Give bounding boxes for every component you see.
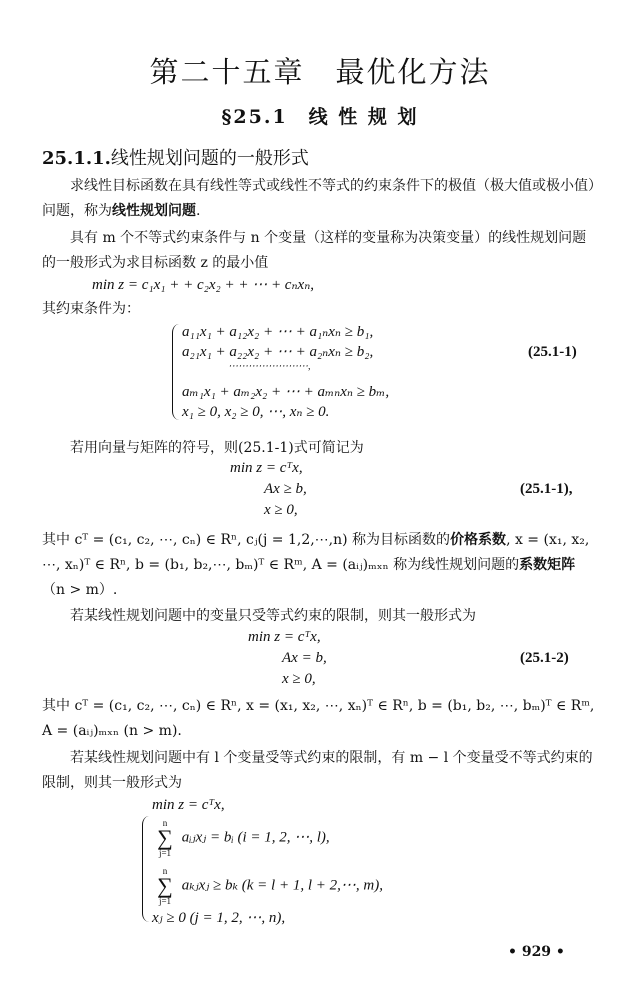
term-price-coefficient: 价格系数 xyxy=(450,532,506,548)
text: 其中 cᵀ = (c₁, c₂, ⋯, cₙ) ∈ Rⁿ, cⱼ(j = 1,2… xyxy=(42,532,450,548)
objective-function: min z = c₁x₁ + + c₂x₂ + + ⋯ + cₙxₙ, xyxy=(92,275,314,294)
text: . xyxy=(196,203,200,219)
section-title: §25.1 线 性 规 划 xyxy=(0,102,640,129)
paragraph-definition: 求线性目标函数在具有线性等式或线性不等式的约束条件下的极值（极大值或极小值）问题… xyxy=(42,174,597,224)
page-number: • 929 • xyxy=(508,944,565,960)
paragraph-equality-form: 若某线性规划问题中的变量只受等式约束的限制，则其一般形式为 xyxy=(42,604,597,629)
eq3-equality-sum: n ∑ j=1 aᵢⱼxⱼ = bᵢ (i = 1, 2, ⋯, l), xyxy=(152,818,330,858)
constraint-line-m: aₘ₁x₁ + aₘ₂x₂ + ⋯ + aₘₙxₙ ≥ bₘ, xyxy=(182,382,389,401)
paragraph-equality-definitions: 其中 cᵀ = (c₁, c₂, ⋯, cₙ) ∈ Rⁿ, x = (x₁, x… xyxy=(42,694,597,744)
constraint-line-1: a₁₁x₁ + a₁₂x₂ + ⋯ + a₁ₙxₙ ≥ b₁, xyxy=(182,322,373,341)
eq2-nonnegativity: x ≥ 0, xyxy=(282,671,316,688)
equation-number: (25.1-2) xyxy=(520,650,569,667)
subsection-title: 线性规划问题的一般形式 xyxy=(111,148,309,169)
constraint-line-2: a₂₁x₁ + a₂₂x₂ + ⋯ + a₂ₙxₙ ≥ b₂, xyxy=(182,342,373,361)
summation-symbol: n ∑ j=1 xyxy=(152,866,178,906)
eq3-nonnegativity: xⱼ ≥ 0 (j = 1, 2, ⋯, n), xyxy=(152,908,285,927)
subsection-number: 25.1.1. xyxy=(42,148,111,169)
equation-number: (25.1-1), xyxy=(520,481,573,498)
eq2-objective: min z = cᵀx, xyxy=(248,629,321,646)
inequality-constraint: aₖⱼxⱼ ≥ bₖ (k = l + 1, l + 2,⋯, m), xyxy=(182,877,383,893)
matrix-objective: min z = cᵀx, xyxy=(230,460,303,477)
equality-constraint: aᵢⱼxⱼ = bᵢ (i = 1, 2, ⋯, l), xyxy=(182,829,330,845)
paragraph-general-form: 具有 m 个不等式约束条件与 n 个变量（这样的变量称为决策变量）的线性规划问题… xyxy=(42,226,597,276)
paragraph-definitions: 其中 cᵀ = (c₁, c₂, ⋯, cₙ) ∈ Rⁿ, cⱼ(j = 1,2… xyxy=(42,528,597,603)
paragraph-mixed-form: 若某线性规划问题中有 l 个变量受等式约束的限制，有 m − l 个变量受不等式… xyxy=(42,746,597,796)
equation-number: (25.1-1) xyxy=(528,344,577,361)
matrix-nonnegativity: x ≥ 0, xyxy=(264,502,298,519)
nonnegativity-line: x₁ ≥ 0, x₂ ≥ 0, ⋯, xₙ ≥ 0. xyxy=(182,402,329,421)
left-brace xyxy=(172,324,179,420)
eq3-inequality-sum: n ∑ j=1 aₖⱼxⱼ ≥ bₖ (k = l + 1, l + 2,⋯, … xyxy=(152,866,383,906)
term-coefficient-matrix: 系数矩阵 xyxy=(519,557,575,573)
chapter-title: 第二十五章 最优化方法 xyxy=(0,50,640,91)
matrix-constraint: Ax ≥ b, xyxy=(264,481,307,498)
text: （n > m）. xyxy=(42,582,117,598)
left-brace xyxy=(142,816,149,922)
constraint-ellipsis: ⋯⋯⋯⋯⋯⋯⋯⋯, xyxy=(228,361,311,372)
eq2-constraint: Ax = b, xyxy=(282,650,327,667)
eq3-objective: min z = cᵀx, xyxy=(152,797,225,814)
subsection-heading: 25.1.1.线性规划问题的一般形式 xyxy=(42,144,309,170)
term-linear-programming: 线性规划问题 xyxy=(112,203,196,219)
constraint-intro: 其约束条件为： xyxy=(42,297,597,322)
summation-symbol: n ∑ j=1 xyxy=(152,818,178,858)
paragraph-vector-form: 若用向量与矩阵的符号，则(25.1-1)式可简记为 xyxy=(42,436,597,461)
